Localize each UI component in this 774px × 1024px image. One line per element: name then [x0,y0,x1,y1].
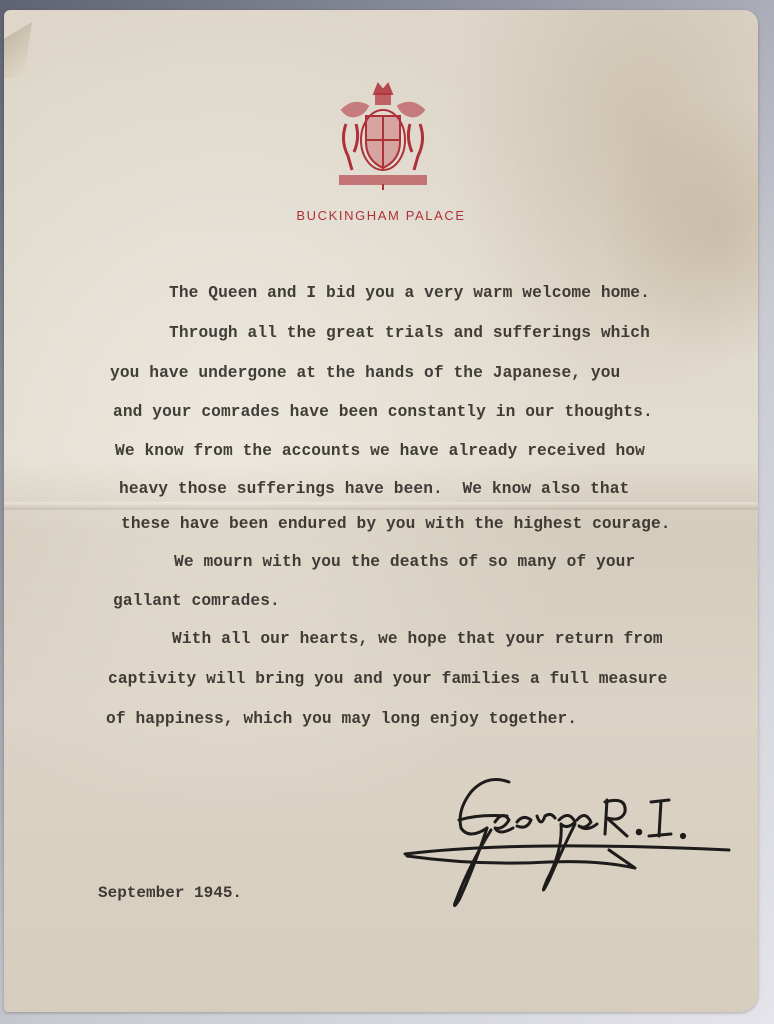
body-line: gallant comrades. [113,592,280,610]
body-line: these have been endured by you with the … [121,515,671,533]
body-line: and your comrades have been constantly i… [113,403,653,421]
body-line: Through all the great trials and sufferi… [169,324,650,342]
royal-coat-of-arms-icon [334,80,432,192]
body-line: heavy those sufferings have been. We kno… [119,480,629,498]
body-line: We know from the accounts we have alread… [115,442,645,460]
signature-george-ri [399,770,739,920]
letter-paper: BUCKINGHAM PALACE The Queen and I bid yo… [4,10,758,1012]
body-line: With all our hearts, we hope that your r… [172,630,663,648]
body-line: of happiness, which you may long enjoy t… [106,710,577,728]
paper-fold-crease [4,502,758,510]
folded-corner [4,22,32,78]
body-line: you have undergone at the hands of the J… [110,364,620,382]
letter-date: September 1945. [98,884,242,902]
body-line: The Queen and I bid you a very warm welc… [169,284,650,302]
body-line: We mourn with you the deaths of so many … [174,553,635,571]
body-line: captivity will bring you and your famili… [108,670,667,688]
letterhead-address: BUCKINGHAM PALACE [4,208,758,223]
